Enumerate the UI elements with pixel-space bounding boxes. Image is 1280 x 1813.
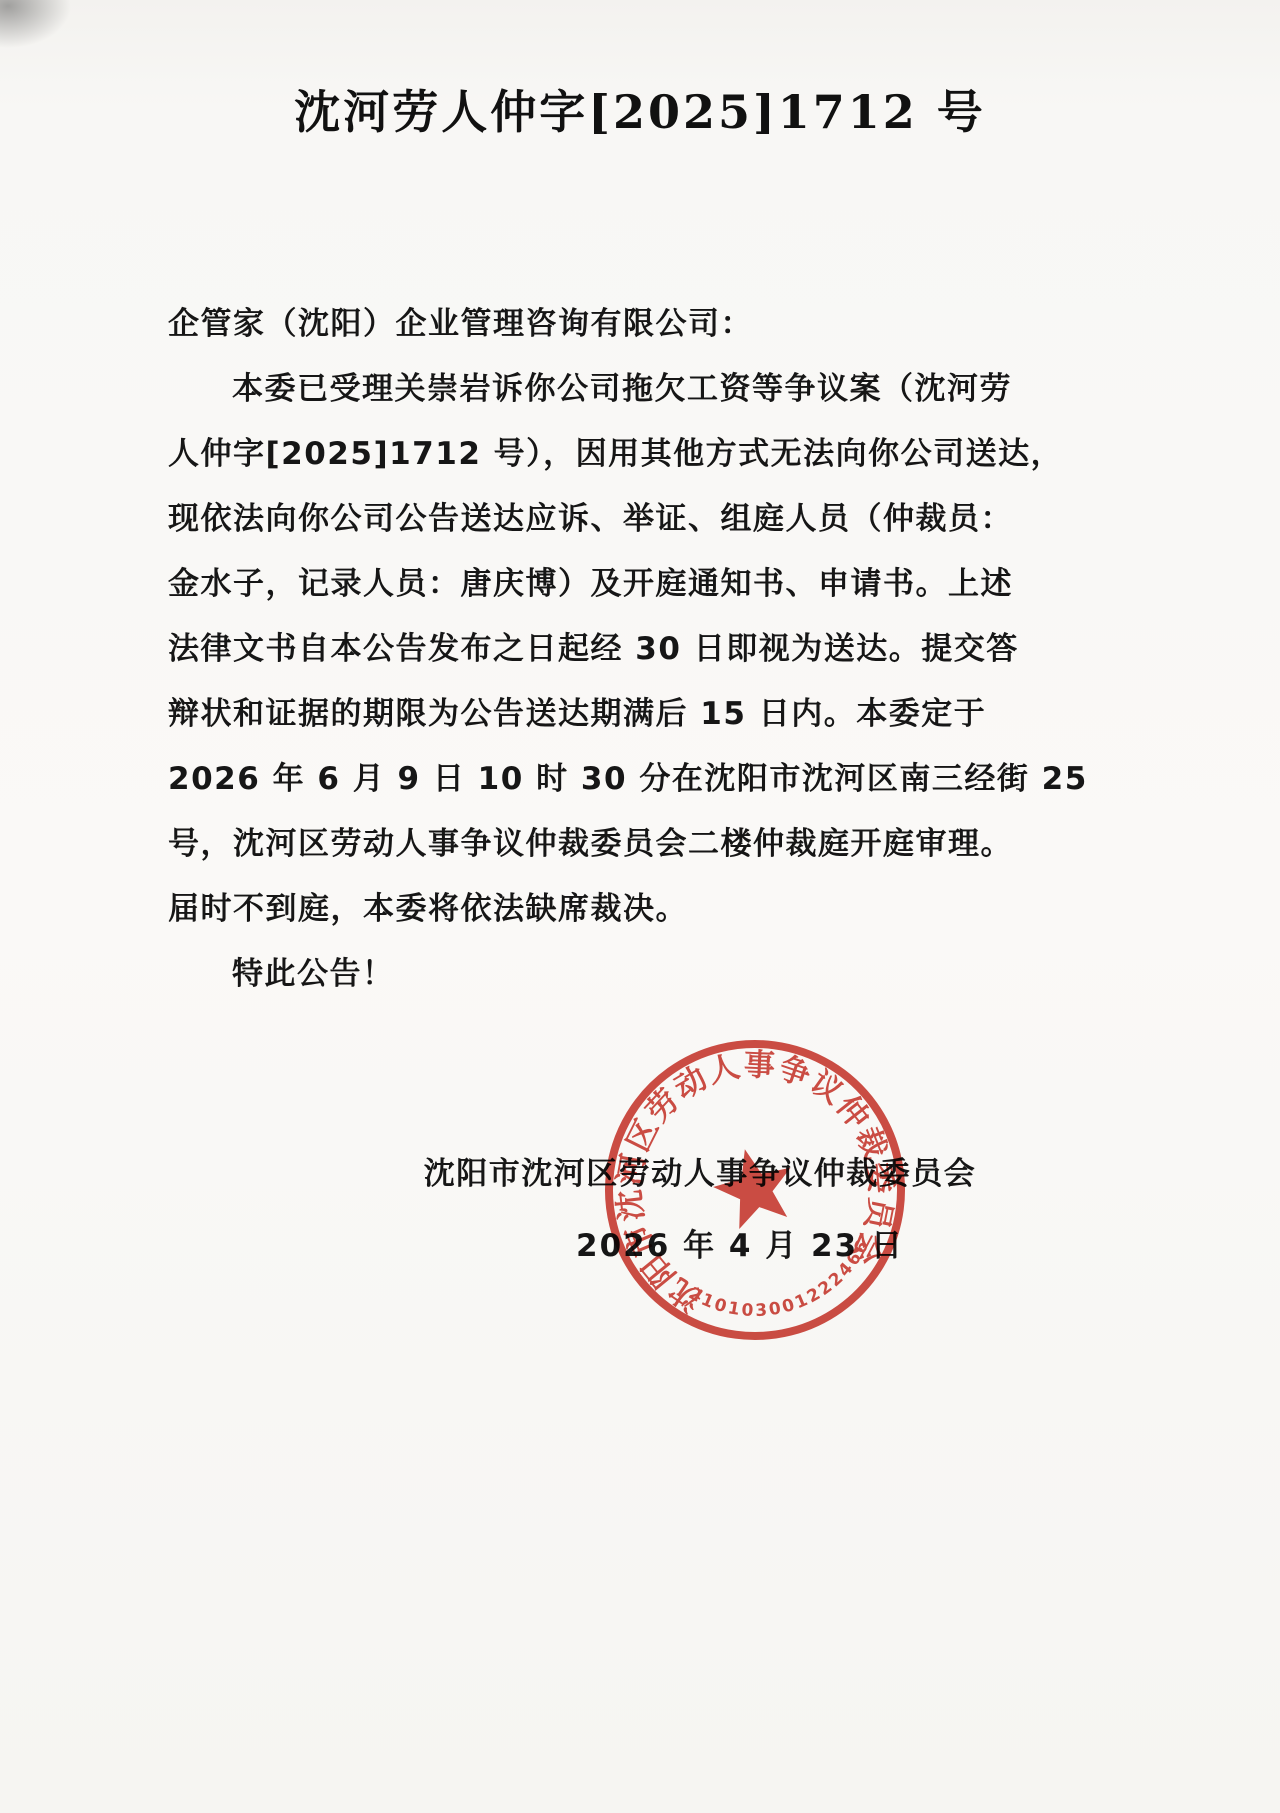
document-body: 企管家（沈阳）企业管理咨询有限公司： 本委已受理关崇岩诉你公司拖欠工资等争议案（… bbox=[168, 292, 1112, 1007]
body-line: 现依法向你公司公告送达应诉、举证、组庭人员（仲裁员： bbox=[168, 487, 1112, 552]
document-page: 沈河劳人仲字[2025]1712 号 企管家（沈阳）企业管理咨询有限公司： 本委… bbox=[0, 0, 1280, 1813]
body-line: 2026 年 6 月 9 日 10 时 30 分在沈阳市沈河区南三经街 25 bbox=[168, 747, 1112, 812]
seal-star-icon bbox=[706, 1140, 802, 1233]
document-number-title: 沈河劳人仲字[2025]1712 号 bbox=[0, 0, 1280, 142]
seal-number: 210103001222466 bbox=[680, 1232, 887, 1341]
svg-text:210103001222466: 210103001222466 bbox=[680, 1232, 887, 1341]
body-line: 本委已受理关崇岩诉你公司拖欠工资等争议案（沈河劳 bbox=[168, 357, 1112, 422]
addressee-line: 企管家（沈阳）企业管理咨询有限公司： bbox=[168, 292, 1112, 357]
body-line: 号，沈河区劳动人事争议仲裁委员会二楼仲裁庭开庭审理。 bbox=[168, 812, 1112, 877]
closing-line: 特此公告！ bbox=[168, 942, 1112, 1007]
body-line: 届时不到庭，本委将依法缺席裁决。 bbox=[168, 877, 1112, 942]
body-line: 人仲字[2025]1712 号），因用其他方式无法向你公司送达， bbox=[168, 422, 1112, 487]
body-line: 金水子，记录人员：唐庆博）及开庭通知书、申请书。上述 bbox=[168, 552, 1112, 617]
body-line: 法律文书自本公告发布之日起经 30 日即视为送达。提交答 bbox=[168, 617, 1112, 682]
body-line: 辩状和证据的期限为公告送达期满后 15 日内。本委定于 bbox=[168, 682, 1112, 747]
official-seal-stamp: 沈阳市沈河区劳动人事争议仲裁委员会 210103001222466 bbox=[595, 1030, 915, 1350]
